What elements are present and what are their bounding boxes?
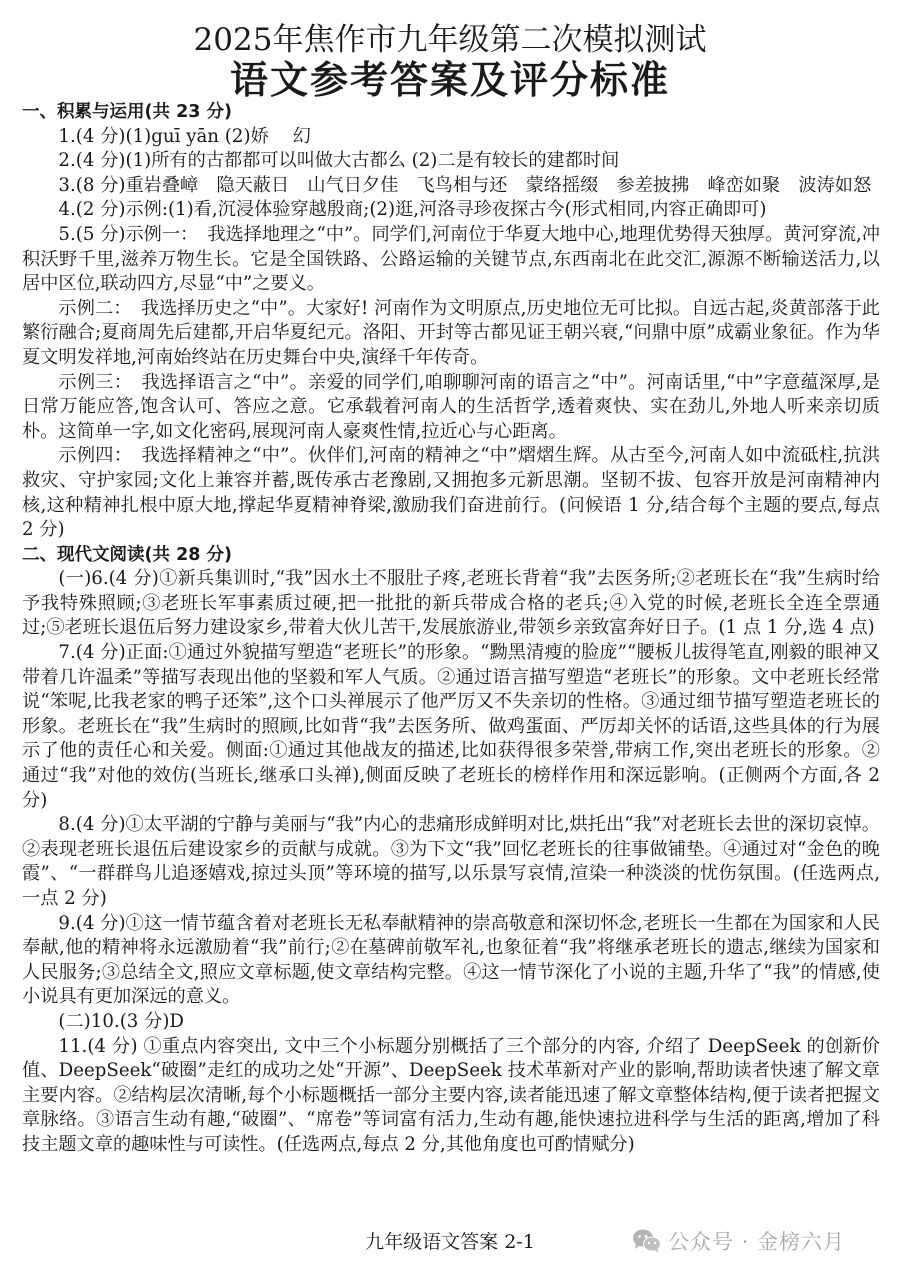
watermark-text: 公众号 · 金榜六月 (668, 1226, 845, 1256)
answer-q2: 2.(4 分)(1)所有的古都都可以叫做大古都么 (2)二是有较长的建都时间 (22, 149, 880, 174)
answer-q1: 1.(4 分)(1)guī yān (2)娇 幻 (22, 125, 880, 150)
answer-q9: 9.(4 分)①这一情节蕴含着对老班长无私奉献精神的崇高敬意和深切怀念,老班长一… (22, 912, 880, 1010)
answer-content: 一、积累与运用(共 23 分) 1.(4 分)(1)guī yān (2)娇 幻… (22, 100, 880, 1158)
answer-q3: 3.(8 分)重岩叠嶂 隐天蔽日 山气日夕佳 飞鸟相与还 蒙络摇缀 参差披拂 峰… (22, 174, 880, 199)
answer-q11: 11.(4 分) ①重点内容突出, 文中三个小标题分别概括了三个部分的内容, 介… (22, 1035, 880, 1158)
answer-q5-example1: 5.(5 分)示例一： 我选择地理之“中”。同学们,河南位于华夏大地中心,地理优… (22, 223, 880, 297)
answer-q5-example3: 示例三： 我选择语言之“中”。亲爱的同学们,咱聊聊河南的语言之“中”。河南话里,… (22, 371, 880, 445)
watermark: 公众号 · 金榜六月 (632, 1226, 845, 1256)
section-accumulation: 一、积累与运用(共 23 分) 1.(4 分)(1)guī yān (2)娇 幻… (22, 100, 880, 543)
wechat-icon (632, 1228, 662, 1254)
answer-q4: 4.(2 分)示例:(1)看,沉浸体验穿越殷商;(2)逛,河洛寻珍夜探古今(形式… (22, 198, 880, 223)
exam-title: 2025年焦作市九年级第二次模拟测试 (0, 22, 900, 58)
answer-key-page: 2025年焦作市九年级第二次模拟测试 语文参考答案及评分标准 一、积累与运用(共… (0, 0, 900, 1273)
answer-q5-example4: 示例四： 我选择精神之“中”。伙伴们,河南的精神之“中”熠熠生辉。从古至今,河南… (22, 444, 880, 542)
answer-q10: (二)10.(3 分)D (22, 1010, 880, 1035)
answer-q8: 8.(4 分)①太平湖的宁静与美丽与“我”内心的悲痛形成鲜明对比,烘托出“我”对… (22, 813, 880, 911)
answer-q6: (一)6.(4 分)①新兵集训时,“我”因水土不服肚子疼,老班长背着“我”去医务… (22, 567, 880, 641)
section-modern-reading: 二、现代文阅读(共 28 分) (一)6.(4 分)①新兵集训时,“我”因水土不… (22, 543, 880, 1158)
section-heading: 二、现代文阅读(共 28 分) (22, 543, 880, 568)
answer-q5-example2: 示例二： 我选择历史之“中”。大家好! 河南作为文明原点,历史地位无可比拟。自远… (22, 297, 880, 371)
section-heading: 一、积累与运用(共 23 分) (22, 100, 880, 125)
answer-q7: 7.(4 分)正面:①通过外貌描写塑造“老班长”的形象。“黝黑清瘦的脸庞”“腰板… (22, 641, 880, 813)
document-title: 语文参考答案及评分标准 (0, 58, 900, 102)
